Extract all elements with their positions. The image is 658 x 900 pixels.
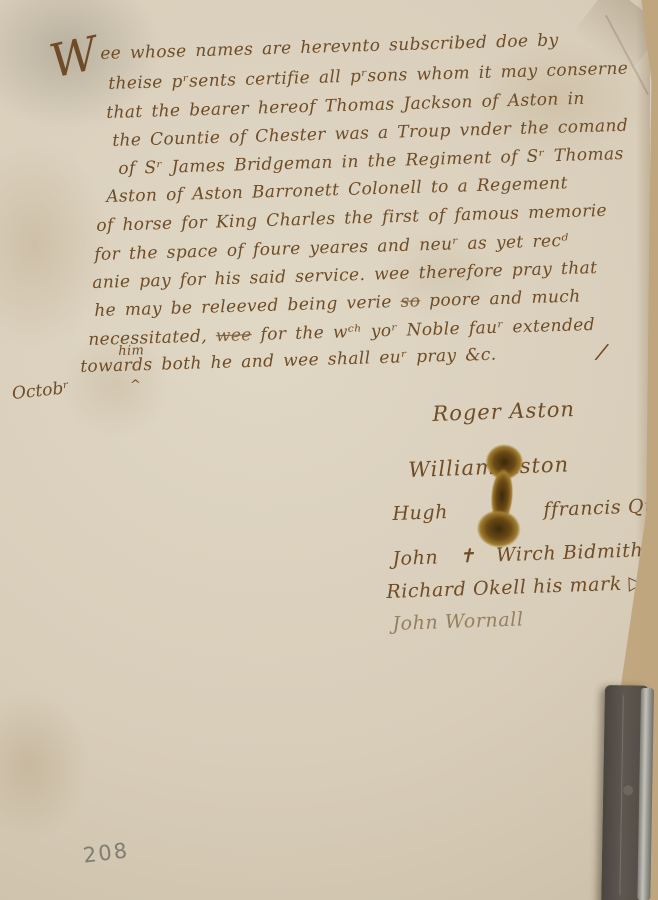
manuscript-paper: W ee whose names are herevnto subscribed…: [0, 0, 658, 900]
line-text: necessitated,: [88, 326, 216, 350]
line-text: he may be releeved being verie: [94, 292, 401, 321]
signature-richard-okell: Richard Okell his mark ▷: [386, 572, 644, 603]
manuscript-line: ee whose names are herevnto subscribed d…: [100, 30, 559, 64]
ink-blot-part: [475, 508, 522, 549]
signature-hugh: Hugh: [392, 501, 448, 525]
line-text: poore and much: [420, 287, 581, 312]
opening-initial: W: [45, 26, 102, 89]
folio-number-pencil: 208: [82, 838, 131, 867]
manuscript-line: theise pʳsents certifie all pʳsons whom …: [108, 59, 629, 94]
struck-word: wee: [216, 325, 252, 346]
margin-date-note: Octobʳ: [11, 378, 70, 404]
signature-roger-aston: Roger Aston: [432, 397, 575, 426]
manuscript-photo: W ee whose names are herevnto subscribed…: [0, 0, 658, 900]
signature-text: John: [392, 546, 439, 570]
manuscript-line: that the bearer hereof Thomas Jackson of…: [106, 89, 585, 123]
ink-blot-seal: [475, 443, 528, 550]
manuscript-line: he may be releeved being verie so poore …: [94, 287, 581, 321]
manuscript-line: of horse for King Charles the first of f…: [96, 201, 607, 236]
signature-text: Richard Okell his mark: [386, 573, 622, 603]
clamp-scratch: [619, 695, 623, 895]
struck-word: so: [400, 291, 420, 312]
signature-john-wornall: John Wornall: [392, 608, 524, 635]
signature-ffrancis-quon: ffrancis Quoñ: [543, 494, 658, 521]
manuscript-line: for the space of foure yeares and neuʳ a…: [94, 231, 569, 265]
manuscript-line: Aston of Aston Barronett Colonell to a R…: [106, 173, 568, 207]
paper-stain: [0, 690, 90, 840]
clamp-rivet: [623, 785, 633, 795]
insertion-caret: ^: [130, 378, 141, 393]
end-flourish: /: [595, 340, 607, 366]
line-text: for the wᶜʰ yoʳ Noble fauʳ extended: [251, 315, 595, 345]
manuscript-line: necessitated, wee for the wᶜʰ yoʳ Noble …: [88, 315, 595, 350]
signature-cross-mark-icon: ✝: [459, 545, 476, 568]
